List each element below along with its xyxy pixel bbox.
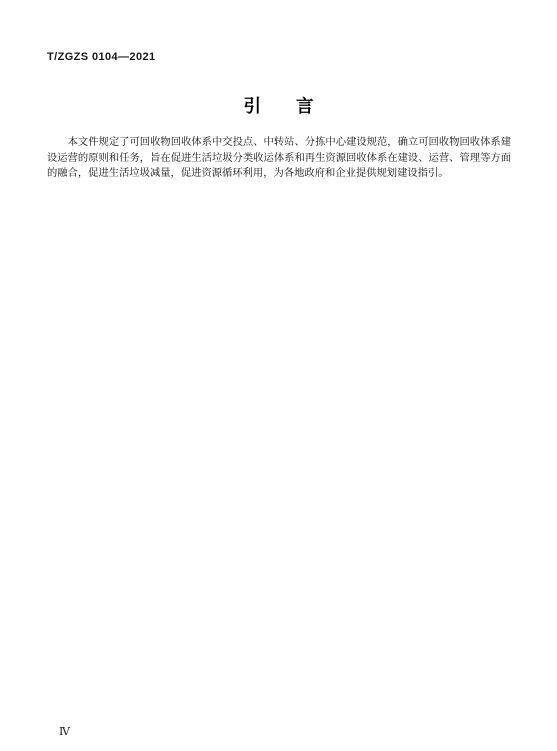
standard-number-header: T/ZGZS 0104—2021 [47, 51, 156, 63]
section-title-introduction: 引 言 [0, 93, 557, 118]
page-number: Ⅳ [59, 725, 70, 738]
document-page: T/ZGZS 0104—2021 引 言 本文件规定了可回收物回收体系中交投点、… [0, 0, 557, 751]
introduction-paragraph: 本文件规定了可回收物回收体系中交投点、中转站、分拣中心建设规范，确立可回收物回收… [47, 135, 511, 182]
